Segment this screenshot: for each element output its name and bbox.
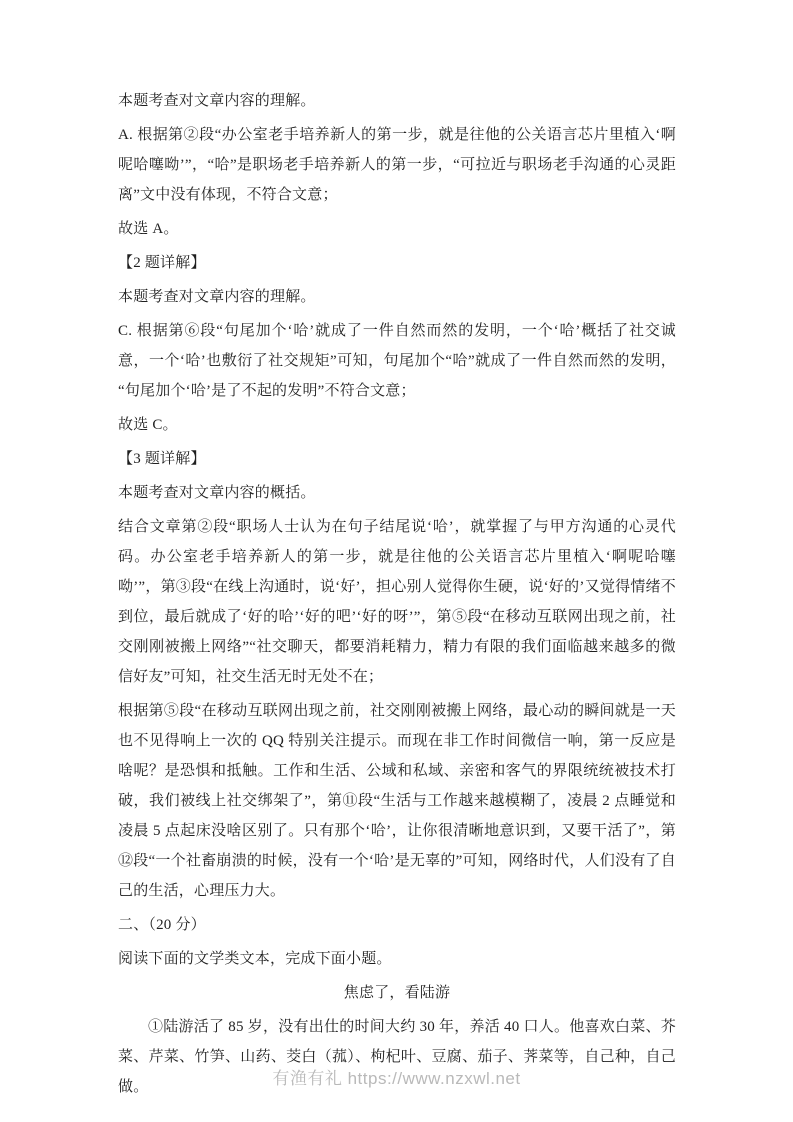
q2-analysis-intro: 本题考查对文章内容的理解。 <box>118 282 676 312</box>
q1-analysis-intro: 本题考查对文章内容的理解。 <box>118 86 676 116</box>
q1-option-a-analysis: A. 根据第②段“办公室老手培养新人的第一步，就是往他的公关语言芯片里植入‘啊呢… <box>118 120 676 210</box>
q3-analysis-intro: 本题考查对文章内容的概括。 <box>118 478 676 508</box>
section-two-header: 二、（20 分） <box>118 910 676 940</box>
q3-detail-heading: 【3 题详解】 <box>118 444 676 474</box>
q2-answer: 故选 C。 <box>118 410 676 440</box>
q3-analysis-part1: 结合文章第②段“职场人士认为在句子结尾说‘哈’，就掌握了与甲方沟通的心灵代码。办… <box>118 512 676 692</box>
document-body: 本题考查对文章内容的理解。 A. 根据第②段“办公室老手培养新人的第一步，就是往… <box>118 86 676 1106</box>
essay-title: 焦虑了，看陆游 <box>118 978 676 1008</box>
q2-option-c-analysis: C. 根据第⑥段“句尾加个‘哈’就成了一件自然而然的发明，一个‘哈’概括了社交诚… <box>118 316 676 406</box>
watermark-footer: 有渔有礼 https://www.nzxwl.net <box>0 1064 793 1089</box>
q2-detail-heading: 【2 题详解】 <box>118 248 676 278</box>
q1-answer: 故选 A。 <box>118 214 676 244</box>
exam-answer-page: 本题考查对文章内容的理解。 A. 根据第②段“办公室老手培养新人的第一步，就是往… <box>0 0 793 1122</box>
reading-instruction: 阅读下面的文学类文本，完成下面小题。 <box>118 944 676 974</box>
q3-analysis-part2: 根据第⑤段“在移动互联网出现之前，社交刚刚被搬上网络，最心动的瞬间就是一天也不见… <box>118 696 676 906</box>
